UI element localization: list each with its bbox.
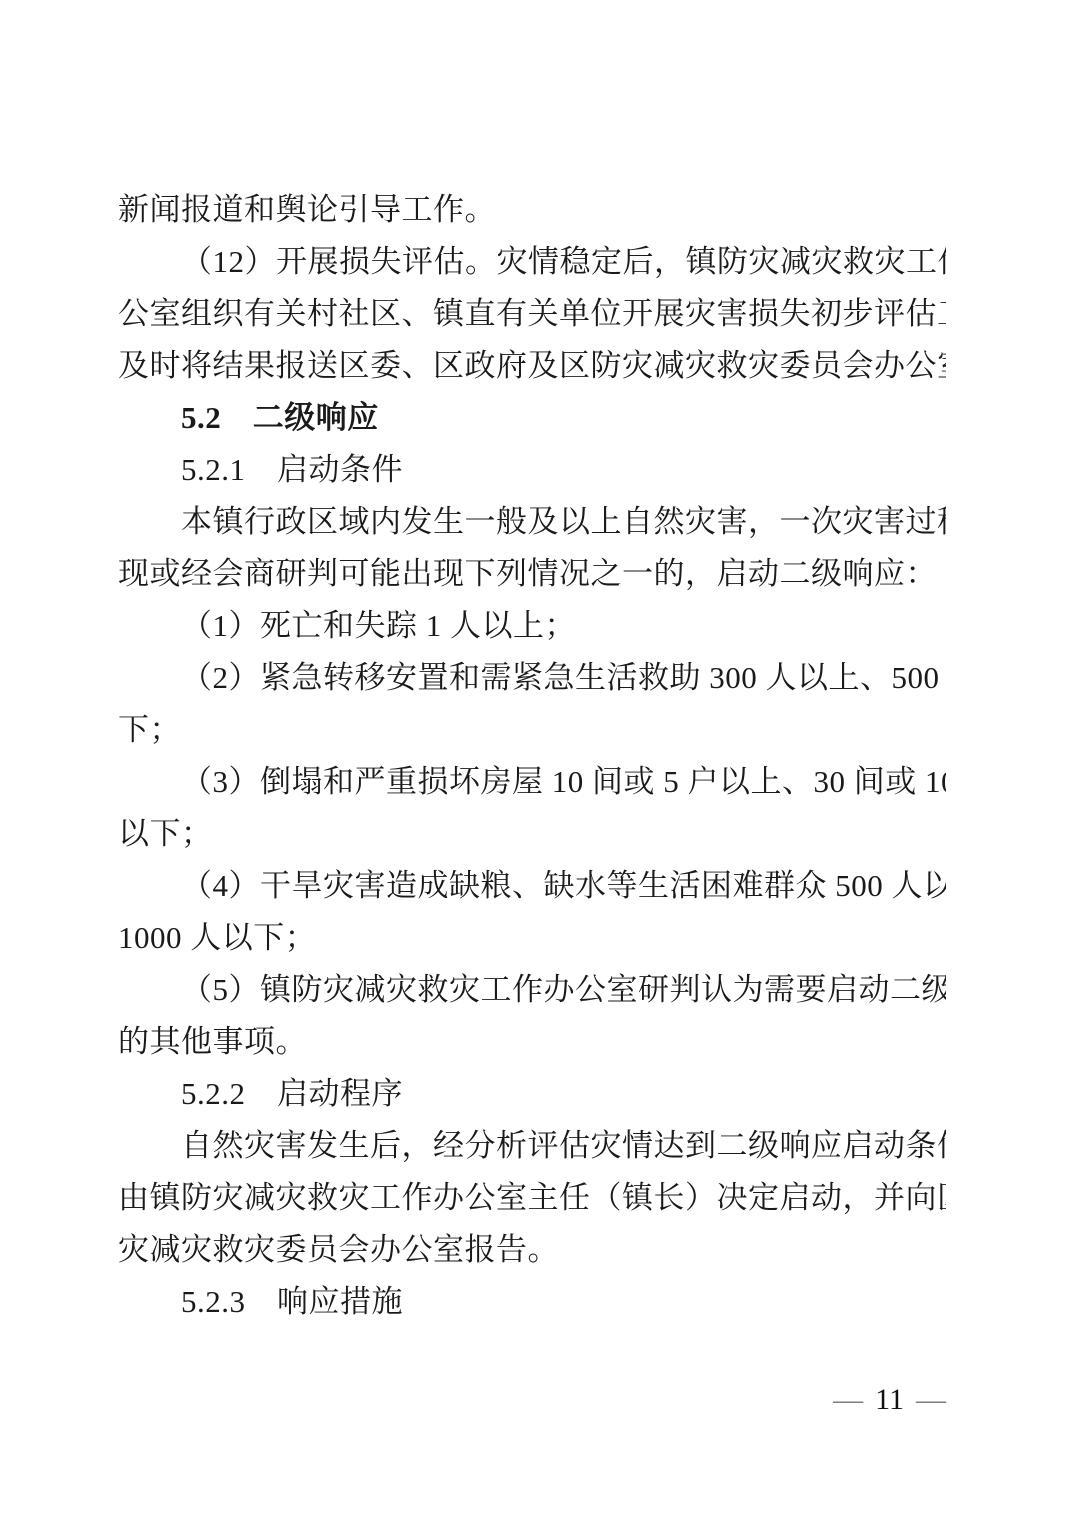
section-heading-5-2-2: 5.2.2 启动程序 [118, 1068, 946, 1120]
text-line: 自然灾害发生后，经分析评估灾情达到二级响应启动条件， [118, 1120, 946, 1172]
section-heading-5-2-1: 5.2.1 启动条件 [118, 444, 946, 496]
document-page: 新闻报道和舆论引导工作。 （12）开展损失评估。灾情稳定后，镇防灾减灾救灾工作办… [0, 0, 1074, 1520]
page-number-right-dash: — [916, 1383, 946, 1416]
list-item-4: （4）干旱灾害造成缺粮、缺水等生活困难群众 500 人以上、 [118, 860, 946, 912]
text-line: 公室组织有关村社区、镇直有关单位开展灾害损失初步评估工作， [118, 288, 946, 340]
list-item-1: （1）死亡和失踪 1 人以上； [118, 600, 946, 652]
text-line: （12）开展损失评估。灾情稳定后，镇防灾减灾救灾工作办 [118, 236, 946, 288]
section-heading-5-2-3: 5.2.3 响应措施 [118, 1276, 946, 1328]
page-number-left-dash: — [833, 1383, 863, 1416]
section-heading-5-2: 5.2 二级响应 [118, 392, 946, 444]
text-line: 新闻报道和舆论引导工作。 [118, 184, 946, 236]
text-line: 以下； [118, 808, 946, 860]
list-item-3: （3）倒塌和严重损坏房屋 10 间或 5 户以上、30 间或 10 户 [118, 756, 946, 808]
page-number-value: 11 [875, 1383, 904, 1416]
text-line: 现或经会商研判可能出现下列情况之一的，启动二级响应： [118, 548, 946, 600]
list-item-2: （2）紧急转移安置和需紧急生活救助 300 人以上、500 人以 [118, 652, 946, 704]
text-line: 由镇防灾减灾救灾工作办公室主任（镇长）决定启动，并向区防 [118, 1172, 946, 1224]
page-number: —11— [833, 1378, 946, 1422]
text-line: 1000 人以下； [118, 912, 946, 964]
text-line: 本镇行政区域内发生一般及以上自然灾害，一次灾害过程出 [118, 496, 946, 548]
text-line: 及时将结果报送区委、区政府及区防灾减灾救灾委员会办公室。 [118, 340, 946, 392]
text-line: 灾减灾救灾委员会办公室报告。 [118, 1224, 946, 1276]
text-line: 的其他事项。 [118, 1016, 946, 1068]
text-line: 下； [118, 704, 946, 756]
list-item-5: （5）镇防灾减灾救灾工作办公室研判认为需要启动二级响应 [118, 964, 946, 1016]
